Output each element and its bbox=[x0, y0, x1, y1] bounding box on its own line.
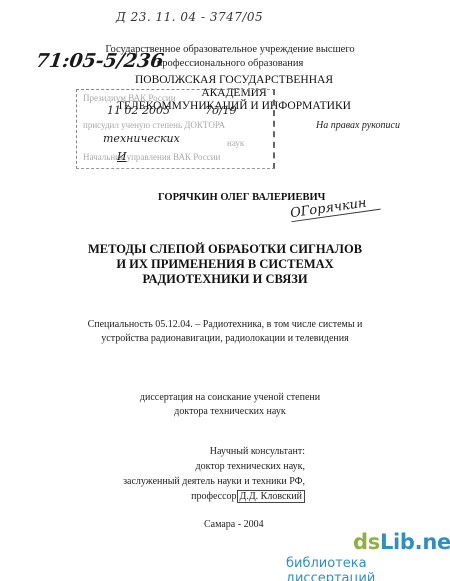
stamp-line-4: наук bbox=[227, 138, 244, 148]
degree-line-1: диссертация на соискание ученой степени bbox=[110, 391, 350, 405]
stamp-ref: 7д/19 bbox=[205, 104, 237, 117]
stamp-line-1: Президиум ВАК России bbox=[83, 93, 176, 103]
inventory-number-handwritten: 71:05-5/236 bbox=[34, 50, 165, 72]
rights-note: На правах рукописи bbox=[316, 120, 400, 131]
degree-statement: диссертация на соискание ученой степени … bbox=[110, 391, 350, 419]
vak-stamp: Президиум ВАК России 11 02 2005 7д/19 пр… bbox=[76, 89, 275, 169]
scientific-consultant: Научный консультант: доктор технических … bbox=[123, 444, 305, 504]
consultant-line-2: доктор технических наук, bbox=[123, 459, 305, 474]
consultant-line-1: Научный консультант: bbox=[123, 444, 305, 459]
consultant-line-3: заслуженный деятель науки и техники РФ, bbox=[123, 474, 305, 489]
stamp-word: технических bbox=[103, 132, 180, 145]
specialty-line-2: устройства радионавигации, радиолокации … bbox=[70, 332, 380, 346]
city-year: Самара - 2004 bbox=[204, 519, 264, 530]
stamp-date: 11 02 2005 bbox=[107, 104, 170, 117]
degree-line-2: доктора технических наук bbox=[110, 405, 350, 419]
consultant-title: профессор bbox=[191, 491, 236, 502]
title-line-2: И ИХ ПРИМЕНЕНИЯ В СИСТЕМАХ bbox=[70, 257, 380, 272]
dslib-logo[interactable]: dsLib.net bbox=[353, 530, 450, 554]
dslib-logo-lib: Lib.net bbox=[380, 530, 450, 554]
dissertation-title: МЕТОДЫ СЛЕПОЙ ОБРАБОТКИ СИГНАЛОВ И ИХ ПР… bbox=[70, 242, 380, 287]
title-line-3: РАДИОТЕХНИКИ И СВЯЗИ bbox=[70, 272, 380, 287]
stamp-line-5: Начальник управления ВАК России bbox=[83, 152, 220, 162]
dslib-logo-ds: ds bbox=[353, 530, 380, 554]
consultant-name: Д.Д. Кловский bbox=[237, 490, 305, 503]
stamp-line-3: присудил ученую степень ДОКТОРА bbox=[83, 120, 225, 130]
consultant-line-4: профессорД.Д. Кловский bbox=[123, 489, 305, 504]
title-line-1: МЕТОДЫ СЛЕПОЙ ОБРАБОТКИ СИГНАЛОВ bbox=[70, 242, 380, 257]
specialty: Специальность 05.12.04. – Радиотехника, … bbox=[70, 318, 380, 346]
specialty-line-1: Специальность 05.12.04. – Радиотехника, … bbox=[70, 318, 380, 332]
catalog-number-handwritten: Д 23. 11. 04 - 3747/05 bbox=[116, 10, 263, 24]
stamp-mark: И bbox=[117, 150, 127, 163]
dslib-subtitle: библиотека диссертаций bbox=[286, 556, 450, 581]
author-name: ГОРЯЧКИН ОЛЕГ ВАЛЕРИЕВИЧ bbox=[158, 192, 325, 203]
